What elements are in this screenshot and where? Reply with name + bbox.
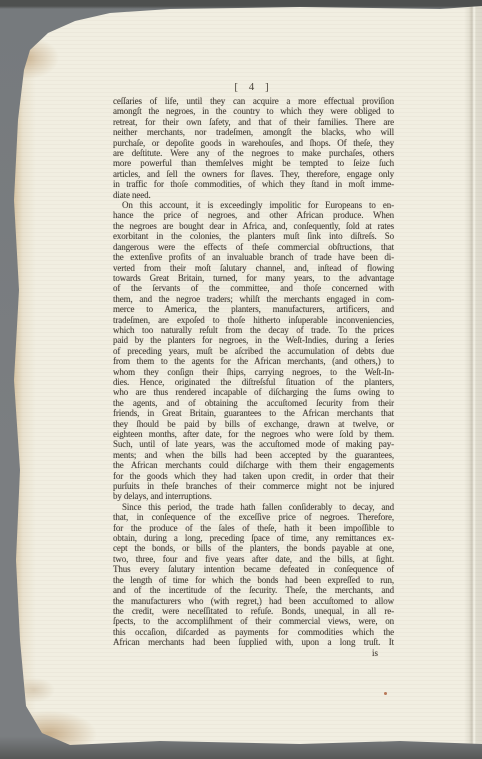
text-line: Since this period, the trade hath fallen… [113, 502, 394, 512]
text-line: Thus every ſalutary intention became def… [113, 564, 394, 574]
text-line: paid by the planters for negroes, in the… [113, 335, 394, 345]
text-line: this occaſion, diſcarded as payments for… [113, 627, 394, 637]
text-line: merce to America, the planters, manufact… [113, 304, 394, 314]
page-number: [ 4 ] [113, 81, 394, 93]
text-line: of preceding years, muſt be aſcribed the… [113, 346, 394, 356]
text-line: that, in conſequence of the exceſſive pr… [113, 512, 394, 522]
text-line: from them to the agents for the African … [113, 356, 394, 366]
text-line: exorbitant in the colonies, the planters… [113, 231, 394, 241]
catchword: is [113, 648, 394, 658]
text-line: ments; and when the bills had been accep… [113, 450, 394, 460]
text-line: towards Great Britain, turned, for many … [113, 273, 394, 283]
text-line: ſpects, to the accompliſhment of their c… [113, 616, 394, 626]
text-line: purchaſe, or depoſite goods in warehouſe… [113, 138, 394, 148]
text-line: African merchants had been ſupplied with… [113, 637, 394, 647]
text-line: by delays, and interruptions. [113, 491, 394, 501]
text-line: hance the price of negroes, and other Af… [113, 210, 394, 220]
text-line: of the ſervants of the committee, and th… [113, 283, 394, 293]
text-line: friends, in Great Britain, guarantees to… [113, 408, 394, 418]
text-line: for the produce of the ſales of theſe, h… [113, 523, 394, 533]
text-line: neither merchants, nor tradeſmen, amongſ… [113, 127, 394, 137]
text-line: eighteen months, after date, for the neg… [113, 429, 394, 439]
text-line: two, three, four and five years after da… [113, 554, 394, 564]
text-line: the negroes are bought dear in Africa, a… [113, 221, 394, 231]
text-block: ceſſaries of life, until they can acquir… [113, 96, 394, 648]
scanner-background: [ 4 ] ceſſaries of life, until they can … [0, 0, 482, 759]
text-line: the extenſive profits of an invaluable b… [113, 252, 394, 262]
text-line: dies. Hence, originated the diſtreſsful … [113, 377, 394, 387]
text-line: the African merchants could diſcharge wi… [113, 460, 394, 470]
text-line: are deſtitute. Were any of the negroes t… [113, 148, 394, 158]
text-line: and of the incertitude of the ſecurity. … [113, 585, 394, 595]
text-line: for the goods which they had taken upon … [113, 471, 394, 481]
text-line: the agents, and of obtaining the accuſto… [113, 398, 394, 408]
text-line: who are thus rendered incapable of diſch… [113, 387, 394, 397]
text-line: verted from their moſt ſalutary channel,… [113, 263, 394, 273]
text-line: the length of time for which the bonds h… [113, 575, 394, 585]
text-line: in traffic for thoſe commodities, of whi… [113, 179, 394, 189]
text-line: purſuits in theſe branches of their comm… [113, 481, 394, 491]
text-line: diate need. [113, 190, 394, 200]
paper-fold-crease [464, 0, 482, 759]
document-page: [ 4 ] ceſſaries of life, until they can … [0, 0, 482, 759]
text-line: cept the bonds, or bills of the planters… [113, 543, 394, 553]
text-line: On this account, it is exceedingly impol… [113, 200, 394, 210]
paper-speck [384, 692, 387, 695]
text-line: the credit, were neceſſitated to refuſe.… [113, 606, 394, 616]
text-line: they ſhould be paid by bills of exchange… [113, 419, 394, 429]
text-line: the manufacturers who (with regret,) had… [113, 596, 394, 606]
text-line: ceſſaries of life, until they can acquir… [113, 96, 394, 106]
text-line: more powerful than themſelves might be t… [113, 158, 394, 168]
text-line: dangerous were the effects of theſe comm… [113, 242, 394, 252]
text-line: tradeſmen, are expoſed to thoſe hitherto… [113, 315, 394, 325]
text-line: retreat, for their own ſafety, and that … [113, 117, 394, 127]
text-line: them, and the negroe traders; whilſt the… [113, 294, 394, 304]
text-line: amongſt the negroes, in the country to w… [113, 106, 394, 116]
text-line: Such, until of late years, was the accuſ… [113, 439, 394, 449]
text-line: articles, and ſell the owners for ſlaves… [113, 169, 394, 179]
text-line: which too naturally reſult from the deca… [113, 325, 394, 335]
text-line: whom they conſign their ſhips, carrying … [113, 367, 394, 377]
text-line: obtain, during a long, preceding ſpace o… [113, 533, 394, 543]
